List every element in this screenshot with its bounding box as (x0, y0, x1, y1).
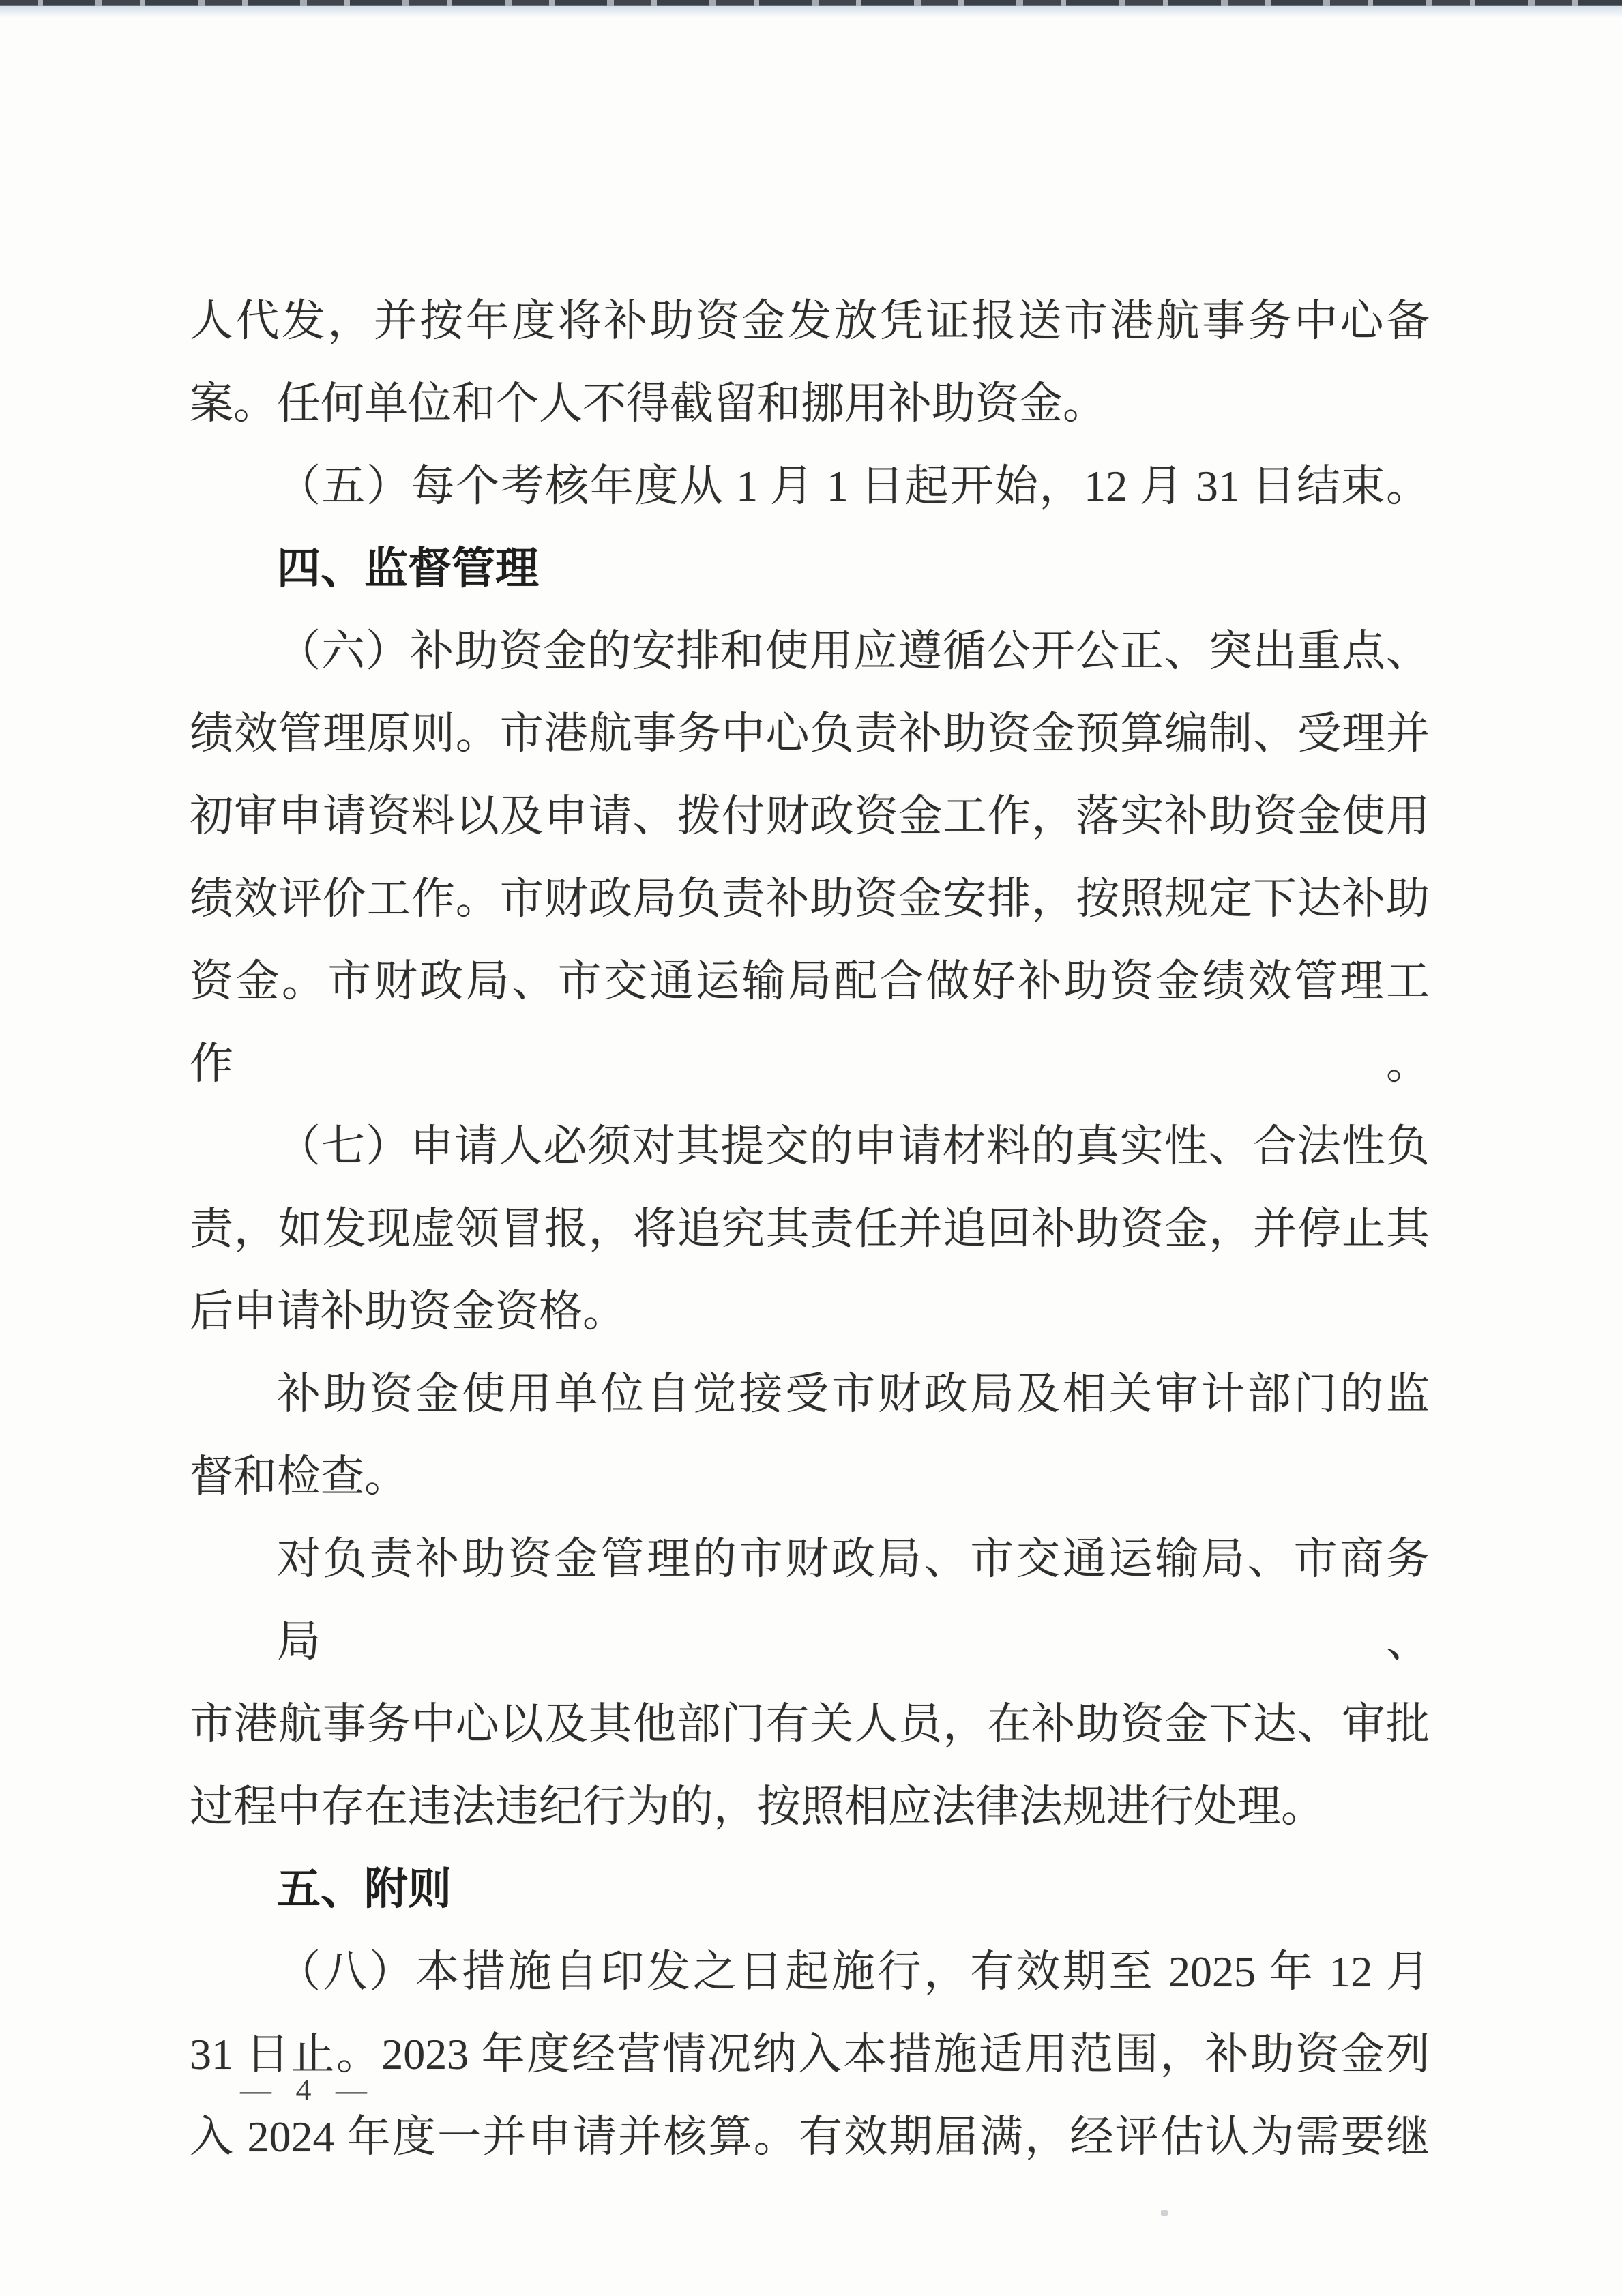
text-line: 资金。市财政局、市交通运输局配合做好补助资金绩效管理工作。 (190, 940, 1430, 1105)
text-line: 过程中存在违法违纪行为的，按照相应法律法规进行处理。 (190, 1765, 1430, 1848)
text-line: 初审申请资料以及申请、拨付财政资金工作，落实补助资金使用 (190, 775, 1430, 857)
text-line: 市港航事务中心以及其他部门有关人员，在补助资金下达、审批 (190, 1683, 1430, 1765)
text-line: 入 2024 年度一并申请并核算。有效期届满，经评估认为需要继 (190, 2095, 1430, 2178)
scan-speck (1161, 2210, 1168, 2216)
section-heading-appendix: 五、附则 (190, 1848, 1430, 1930)
page-number: — 4 — (240, 2070, 368, 2110)
text-line: 督和检查。 (190, 1435, 1430, 1518)
text-line: （八）本措施自印发之日起施行，有效期至 2025 年 12 月 (190, 1930, 1430, 2013)
text-line: 人代发，并按年度将补助资金发放凭证报送市港航事务中心备 (190, 280, 1430, 362)
section-heading-supervision: 四、监督管理 (190, 527, 1430, 610)
document-body: 人代发，并按年度将补助资金发放凭证报送市港航事务中心备 案。任何单位和个人不得截… (190, 280, 1430, 2178)
text-line: （六）补助资金的安排和使用应遵循公开公正、突出重点、 (190, 610, 1430, 692)
text-line: 补助资金使用单位自觉接受市财政局及相关审计部门的监 (190, 1353, 1430, 1435)
text-line: 绩效评价工作。市财政局负责补助资金安排，按照规定下达补助 (190, 857, 1430, 940)
text-line: （五）每个考核年度从 1 月 1 日起开始，12 月 31 日结束。 (190, 445, 1430, 527)
scan-artifact-top (0, 0, 1622, 18)
text-line: 后申请补助资金资格。 (190, 1270, 1430, 1353)
text-line: （七）申请人必须对其提交的申请材料的真实性、合法性负 (190, 1105, 1430, 1188)
text-line: 绩效管理原则。市港航事务中心负责补助资金预算编制、受理并 (190, 692, 1430, 775)
text-line: 对负责补助资金管理的市财政局、市交通运输局、市商务局、 (190, 1518, 1430, 1683)
text-line: 案。任何单位和个人不得截留和挪用补助资金。 (190, 362, 1430, 445)
text-line: 责，如发现虚领冒报，将追究其责任并追回补助资金，并停止其 (190, 1188, 1430, 1270)
text-line: 31 日止。2023 年度经营情况纳入本措施适用范围，补助资金列 (190, 2013, 1430, 2095)
scan-artifact-blue-fringe (0, 5, 1622, 18)
